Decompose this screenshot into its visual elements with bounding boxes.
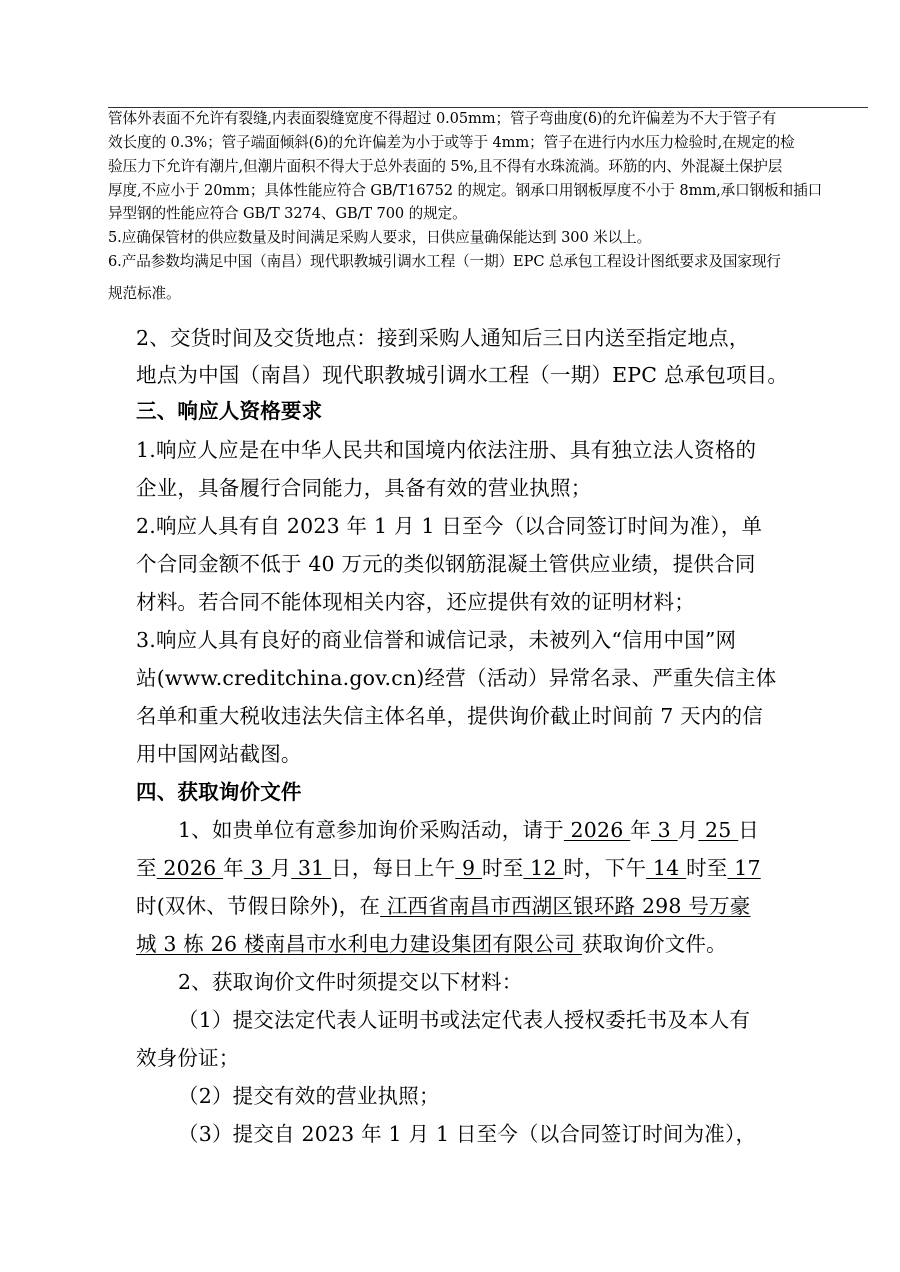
spec-line: 异型钢的性能应符合 GB/T 3274、GB/T 700 的规定。	[108, 202, 878, 226]
material-item-2: （2）提交有效的营业执照；	[178, 1082, 440, 1110]
qualification-item-1: 1.响应人应是在中华人民共和国境内依法注册、具有独立法人资格的	[136, 436, 756, 464]
spec-item-5: 5.应确保管材的供应数量及时间满足采购人要求，日供应量确保能达到 300 米以上…	[108, 226, 878, 250]
year-label: 年	[223, 856, 244, 880]
obtain-prefix: 1、如贵单位有意参加询价采购活动，请于	[178, 818, 564, 842]
spec-item-6: 6.产品参数均满足中国（南昌）现代职教城引调水工程（一期）EPC 总承包工程设计…	[108, 250, 878, 274]
pm-start-hour: 14	[646, 856, 686, 880]
end-day: 31	[291, 856, 331, 880]
end-month: 3	[244, 856, 271, 880]
day-label: 日	[738, 818, 759, 842]
pm-end-hour: 17	[727, 856, 760, 880]
address: 江西省南昌市西湖区银环路 298 号万豪	[380, 894, 750, 918]
start-day: 25	[698, 818, 738, 842]
obtain-suffix: 获取询价文件。	[582, 932, 727, 956]
year-label: 年	[630, 818, 651, 842]
start-year: 2026	[564, 818, 630, 842]
material-item-1-cont: 效身份证；	[136, 1044, 240, 1072]
spec-line: 效长度的 0.3%；管子端面倾斜(δ)的允许偏差为小于或等于 4mm；管子在进行…	[108, 131, 878, 155]
qualification-item-3-cont: 名单和重大税收违法失信主体名单，提供询价截止时间前 7 天内的信	[136, 702, 763, 730]
material-item-3: （3）提交自 2023 年 1 月 1 日至今（以合同签订时间为准），	[178, 1120, 756, 1148]
qualification-item-2: 2.响应人具有自 2023 年 1 月 1 日至今（以合同签订时间为准），单	[136, 512, 762, 540]
month-label: 月	[271, 856, 292, 880]
am-start-hour: 9	[455, 856, 482, 880]
daily-label: 日，每日上午	[331, 856, 455, 880]
obtain-location-line: 时(双休、节假日除外)，在 江西省南昌市西湖区银环路 298 号万豪	[136, 892, 751, 920]
qualification-item-3: 3.响应人具有良好的商业信誉和诚信记录，未被列入“信用中国”网	[136, 626, 736, 654]
to-label: 至	[136, 856, 157, 880]
hour-to-label: 时至	[482, 856, 523, 880]
spec-line: 厚度,不应小于 20mm；具体性能应符合 GB/T16752 的规定。钢承口用钢…	[108, 179, 878, 203]
qualification-item-1-cont: 企业，具备履行合同能力，具备有效的营业执照；	[136, 474, 591, 502]
qualification-item-2-cont: 材料。若合同不能体现相关内容，还应提供有效的证明材料；	[136, 588, 695, 616]
month-label: 月	[678, 818, 699, 842]
spec-line: 验压力下允许有潮片,但潮片面积不得大于总外表面的 5%,且不得有水珠流淌。环筋的…	[108, 155, 878, 179]
qualification-item-3-cont: 站(www.creditchina.gov.cn)经营（活动）异常名录、严重失信…	[136, 664, 776, 692]
address: 城 3 栋 26 楼南昌市水利电力建设集团有限公司	[136, 932, 582, 956]
qualification-item-2-cont: 个合同金额不低于 40 万元的类似钢筋混凝土管供应业绩，提供合同	[136, 550, 756, 578]
document-page: 管体外表面不允许有裂缝,内表面裂缝宽度不得超过 0.05mm；管子弯曲度(δ)的…	[0, 0, 900, 1272]
spec-line: 规范标准。	[108, 282, 878, 306]
section-heading: 三、响应人资格要求	[136, 397, 322, 425]
obtain-period-line: 1、如贵单位有意参加询价采购活动，请于 2026 年 3 月 25 日	[178, 816, 759, 844]
delivery-line: 地点为中国（南昌）现代职教城引调水工程（一期）EPC 总承包项目。	[136, 361, 788, 389]
pm-label: 时，下午	[563, 856, 646, 880]
section-heading: 四、获取询价文件	[136, 778, 302, 806]
materials-intro: 2、获取询价文件时须提交以下材料：	[178, 968, 522, 996]
spec-line: 管体外表面不允许有裂缝,内表面裂缝宽度不得超过 0.05mm；管子弯曲度(δ)的…	[108, 107, 878, 131]
hour-to-label: 时至	[686, 856, 727, 880]
exclusion-note: (双休、节假日除外)，在	[157, 894, 380, 918]
obtain-location-line: 城 3 栋 26 楼南昌市水利电力建设集团有限公司 获取询价文件。	[136, 930, 727, 958]
end-year: 2026	[157, 856, 223, 880]
obtain-period-line: 至 2026 年 3 月 31 日，每日上午 9 时至 12 时，下午 14 时…	[136, 854, 761, 882]
hour-label: 时	[136, 894, 157, 918]
start-month: 3	[651, 818, 678, 842]
qualification-item-3-cont: 用中国网站截图。	[136, 740, 302, 768]
am-end-hour: 12	[523, 856, 563, 880]
material-item-1: （1）提交法定代表人证明书或法定代表人授权委托书及本人有	[178, 1006, 750, 1034]
delivery-line: 2、交货时间及交货地点：接到采购人通知后三日内送至指定地点，	[136, 324, 750, 352]
